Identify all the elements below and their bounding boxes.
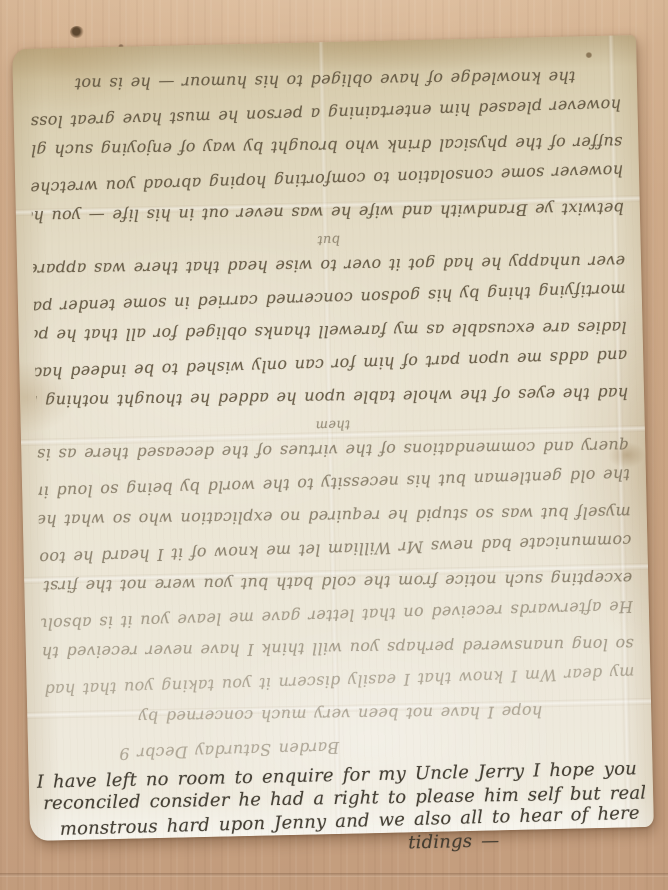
wood-table-background: the knowledge of have obliged to his hum…	[0, 0, 668, 890]
letter-postscript-upright: I have left no room to enquire for my Un…	[36, 757, 646, 863]
handwriting-line-upright: tidings —	[408, 826, 646, 854]
handwritten-letter-sheet: the knowledge of have obliged to his hum…	[12, 35, 654, 841]
photograph-of-letter: the knowledge of have obliged to his hum…	[0, 0, 668, 890]
letter-main-text-upside-down: the knowledge of have obliged to his hum…	[29, 57, 637, 770]
wood-knot	[70, 26, 84, 38]
wood-plank-seam	[0, 873, 668, 877]
